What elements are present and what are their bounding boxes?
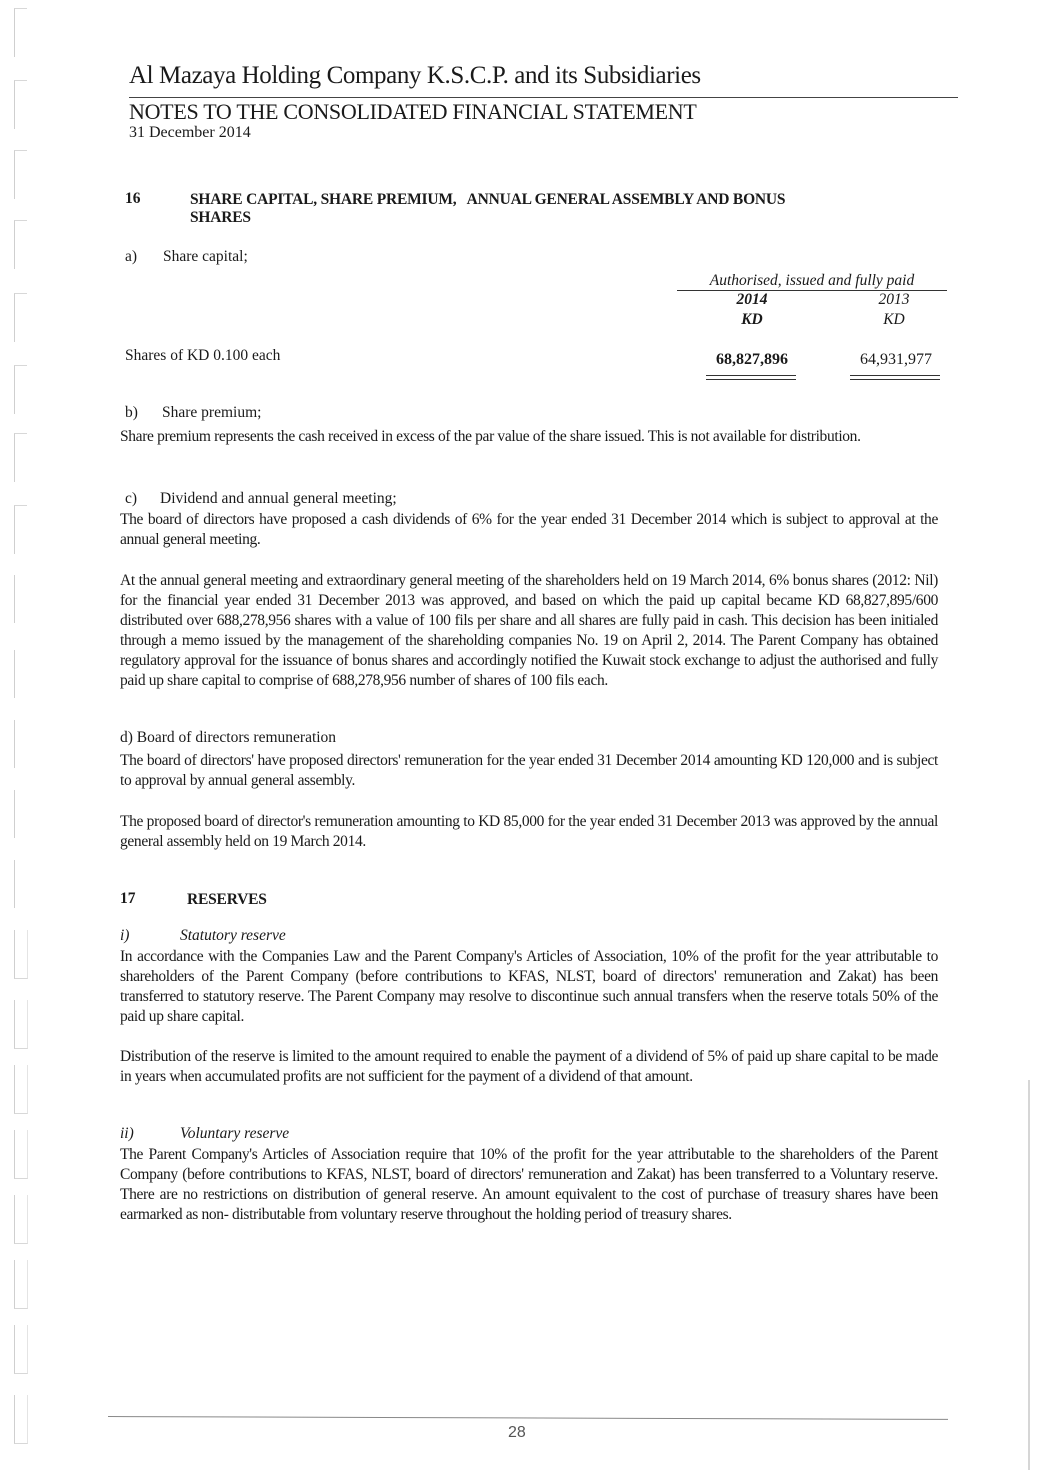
binding-mark <box>14 720 27 768</box>
voluntary-reserve-text: The Parent Company's Articles of Associa… <box>120 1145 938 1225</box>
page-number: 28 <box>508 1424 526 1442</box>
binding-mark <box>14 860 27 908</box>
section-c-text-2: At the annual general meeting and extrao… <box>120 571 938 691</box>
section-a-title: Share capital; <box>163 248 248 266</box>
binding-mark <box>14 1195 28 1244</box>
section-b-label: b) <box>125 404 138 422</box>
notes-title: NOTES TO THE CONSOLIDATED FINANCIAL STAT… <box>129 99 697 125</box>
company-name: Al Mazaya Holding Company K.S.C.P. and i… <box>129 62 701 90</box>
binding-mark <box>14 220 27 269</box>
note-16-title-line1: SHARE CAPITAL, SHARE PREMIUM, ANNUAL GEN… <box>190 190 785 209</box>
binding-mark <box>14 1065 28 1114</box>
statutory-reserve-text-2: Distribution of the reserve is limited t… <box>120 1047 938 1087</box>
binding-mark <box>14 1395 28 1444</box>
column-year-2014: 2014 <box>697 291 807 309</box>
binding-mark <box>14 80 27 129</box>
binding-mark <box>14 505 27 554</box>
binding-mark <box>14 790 27 838</box>
table-group-header: Authorised, issued and fully paid <box>677 272 947 290</box>
binding-mark <box>14 650 27 698</box>
reserve-ii-label: ii) <box>120 1125 134 1143</box>
binding-mark <box>14 293 27 342</box>
binding-mark <box>14 150 27 199</box>
section-b-text: Share premium represents the cash receiv… <box>120 426 938 448</box>
footer-rule <box>108 1416 948 1420</box>
table-row-label: Shares of KD 0.100 each <box>125 347 280 365</box>
page-edge <box>1028 1080 1030 1470</box>
section-d-text-2: The proposed board of director's remuner… <box>120 812 938 852</box>
binding-mark <box>14 1260 28 1309</box>
reserve-i-title: Statutory reserve <box>180 927 286 945</box>
section-c-label: c) <box>125 490 137 508</box>
section-c-text: The board of directors have proposed a c… <box>120 510 938 550</box>
binding-mark <box>14 1325 28 1374</box>
section-c-title: Dividend and annual general meeting; <box>160 490 397 508</box>
note-17-number: 17 <box>120 890 136 908</box>
note-16-number: 16 <box>125 190 141 208</box>
binding-mark <box>14 575 27 623</box>
binding-mark <box>14 930 28 979</box>
binding-mark <box>14 1130 28 1179</box>
value-2013: 64,931,977 <box>836 351 956 369</box>
total-double-rule <box>706 375 796 380</box>
section-d-text: The board of directors' have proposed di… <box>120 751 938 791</box>
note-16-title-line2: SHARES <box>190 208 251 227</box>
column-unit-2014: KD <box>697 311 807 329</box>
statement-date: 31 December 2014 <box>129 124 251 142</box>
reserve-ii-title: Voluntary reserve <box>180 1125 289 1143</box>
binding-mark <box>14 433 27 482</box>
binding-mark <box>14 1000 28 1049</box>
column-unit-2013: KD <box>839 311 949 329</box>
binding-mark <box>14 365 27 414</box>
section-a-label: a) <box>125 248 137 266</box>
statutory-reserve-text: In accordance with the Companies Law and… <box>120 947 938 1027</box>
header-rule <box>129 97 958 98</box>
section-d-title: d) Board of directors remuneration <box>120 729 336 747</box>
total-double-rule <box>850 375 940 380</box>
note-17-title: RESERVES <box>187 890 267 909</box>
reserve-i-label: i) <box>120 927 129 945</box>
section-b-title: Share premium; <box>162 404 261 422</box>
value-2014: 68,827,896 <box>692 351 812 369</box>
binding-mark <box>14 8 27 57</box>
column-year-2013: 2013 <box>839 291 949 309</box>
